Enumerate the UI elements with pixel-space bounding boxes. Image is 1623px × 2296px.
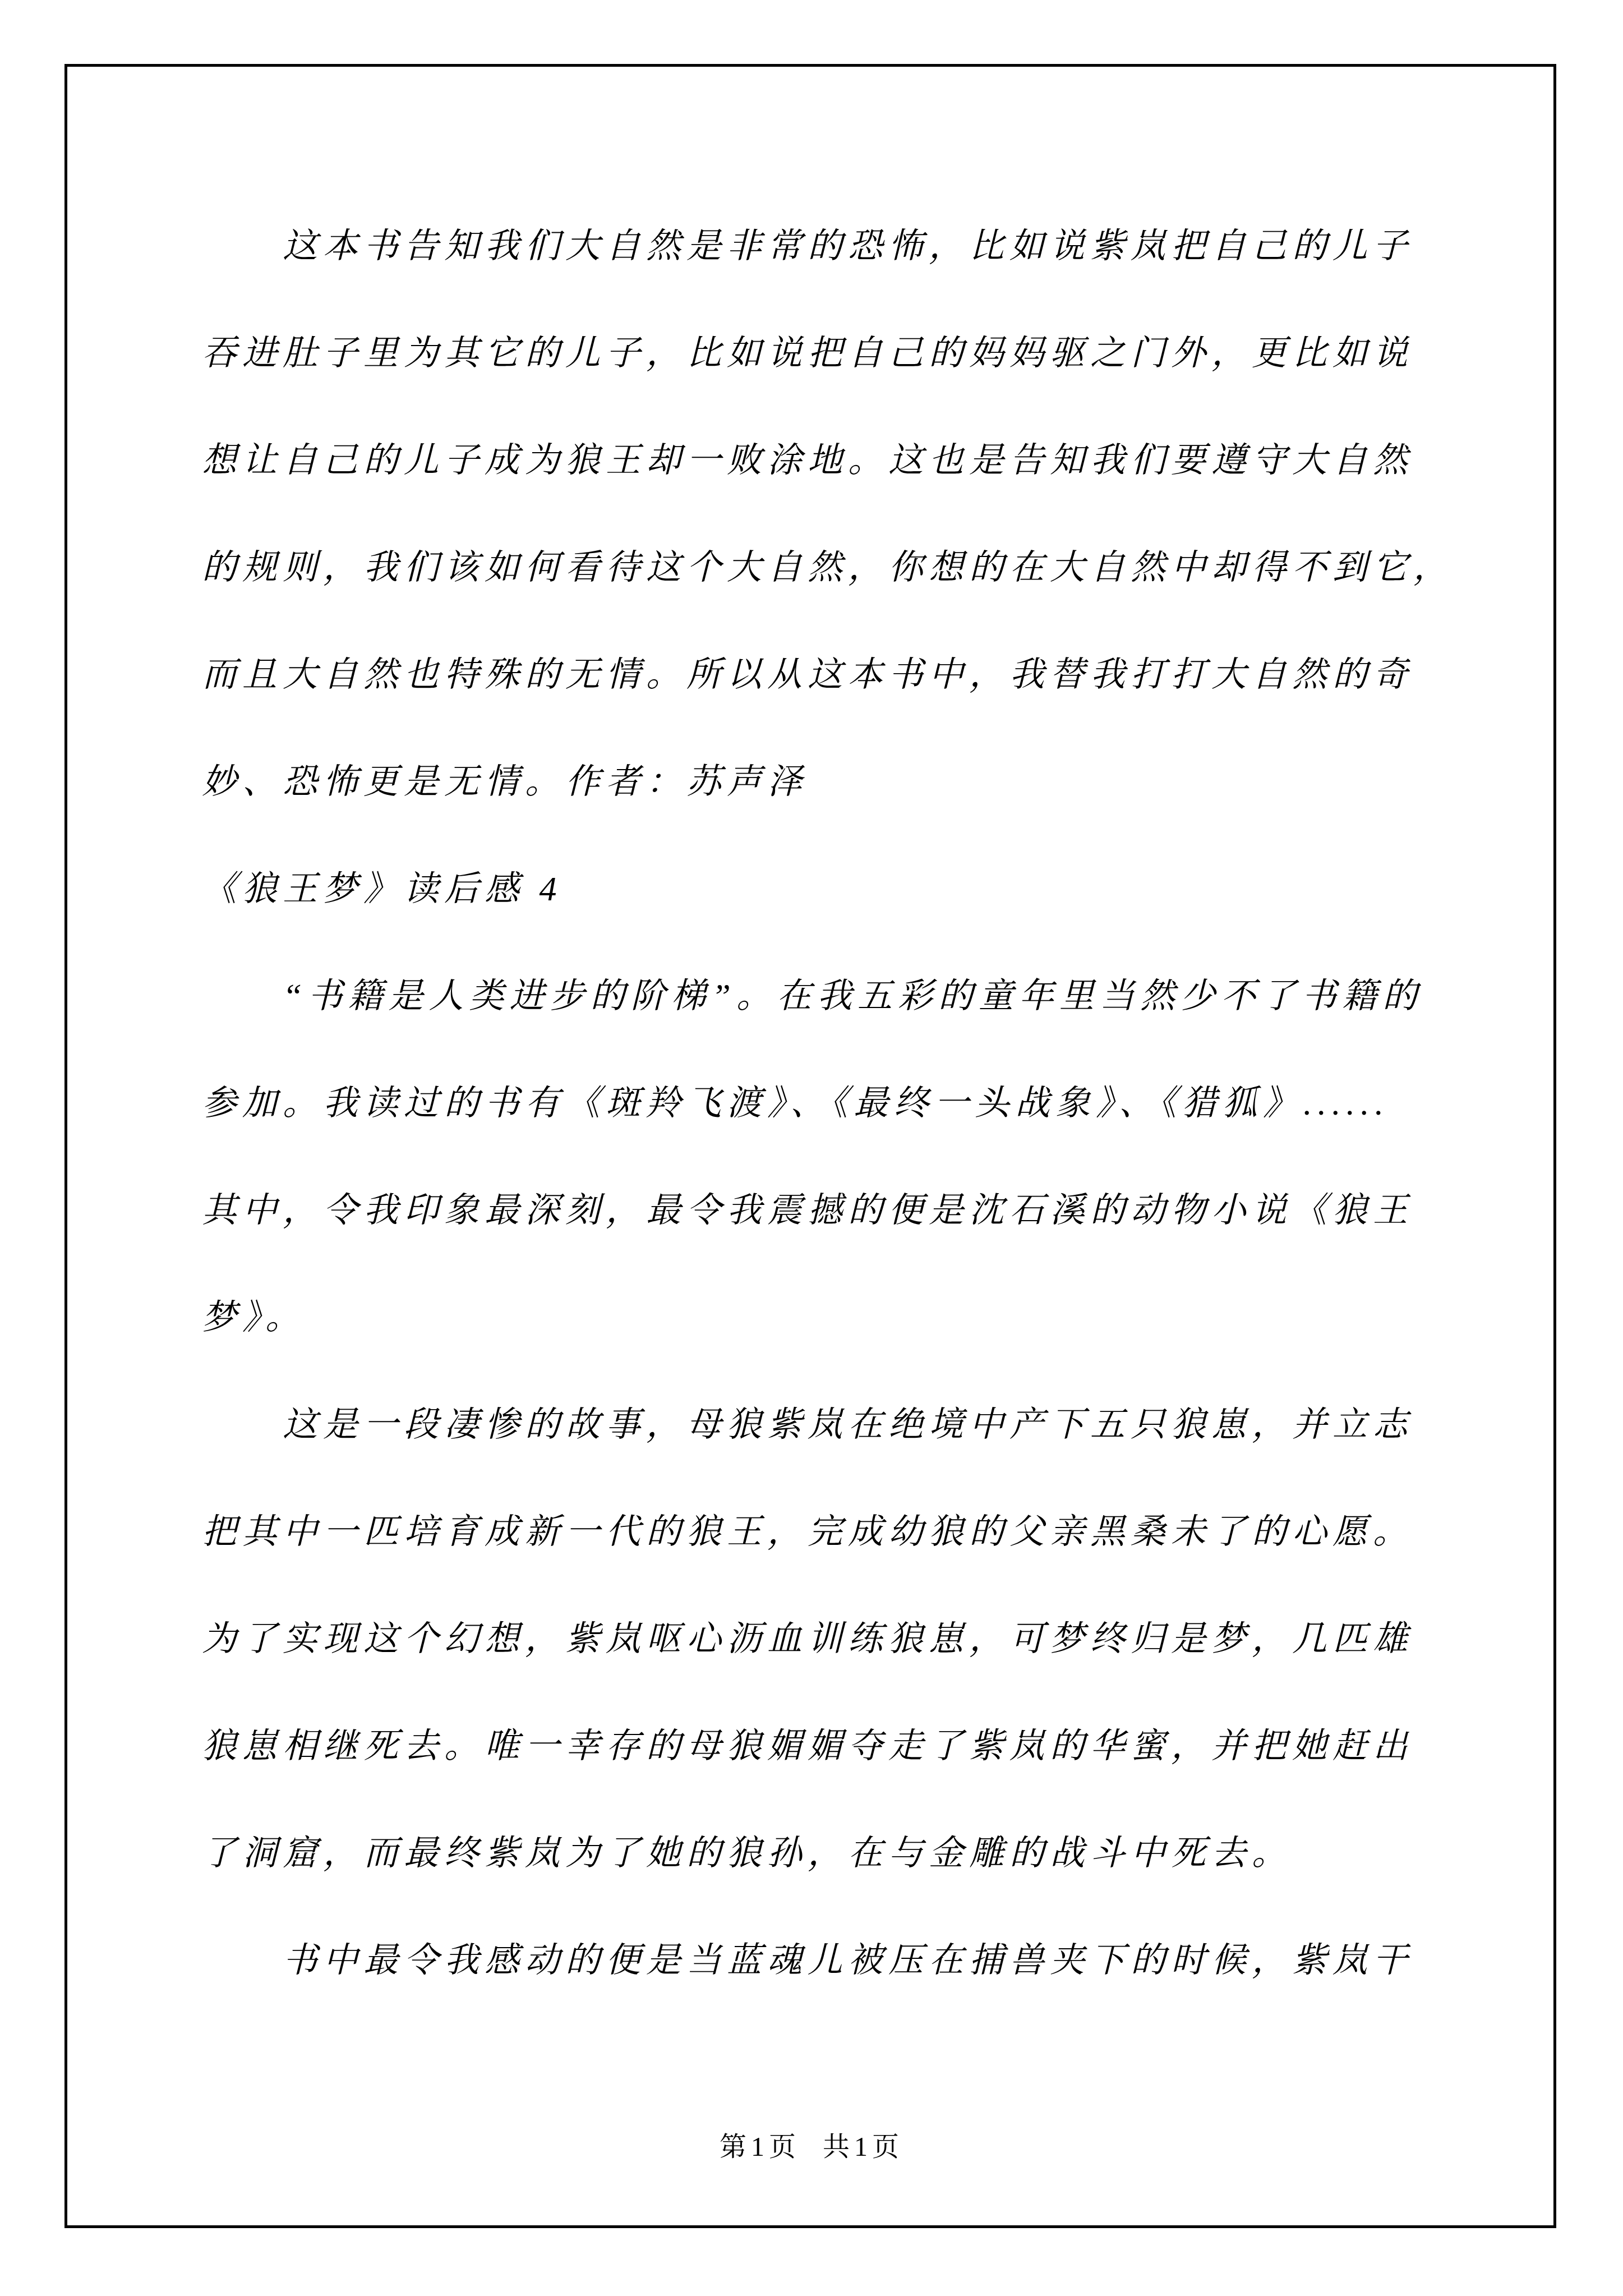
text-line: 这是一段凄惨的故事，母狼紫岚在绝境中产下五只狼崽，并立志 (202, 1403, 1424, 1510)
text-line: 其中，令我印象最深刻，最令我震撼的便是沈石溪的动物小说《狼王 (202, 1189, 1424, 1296)
text-line: 书中最令我感动的便是当蓝魂儿被压在捕兽夹下的时候，紫岚干 (202, 1939, 1424, 2046)
text-line: 吞进肚子里为其它的儿子，比如说把自己的妈妈驱之门外，更比如说 (202, 332, 1424, 439)
document-page: 这本书告知我们大自然是非常的恐怖，比如说紫岚把自己的儿子吞进肚子里为其它的儿子，… (0, 0, 1623, 2296)
text-line: 妙、恐怖更是无情。作者：苏声泽 (202, 760, 1424, 867)
text-line: 《狼王梦》读后感 4 (202, 867, 1424, 974)
text-line: 参加。我读过的书有《斑羚飞渡》、《最终一头战象》、《猎狐》...... (202, 1082, 1424, 1189)
text-line: 想让自己的儿子成为狼王却一败涂地。这也是告知我们要遵守大自然 (202, 439, 1424, 546)
text-line: 狼崽相继死去。唯一幸存的母狼媚媚夺走了紫岚的华蜜，并把她赶出 (202, 1724, 1424, 1832)
page-number-footer: 第1页 共1页 (0, 2125, 1623, 2164)
text-line: 为了实现这个幻想，紫岚呕心沥血训练狼崽，可梦终归是梦，几匹雄 (202, 1617, 1424, 1724)
text-line: 把其中一匹培育成新一代的狼王，完成幼狼的父亲黑桑未了的心愿。 (202, 1510, 1424, 1617)
text-line: “书籍是人类进步的阶梯”。在我五彩的童年里当然少不了书籍的 (202, 974, 1424, 1082)
text-line: 而且大自然也特殊的无情。所以从这本书中，我替我打打大自然的奇 (202, 653, 1424, 760)
text-line: 了洞窟，而最终紫岚为了她的狼孙，在与金雕的战斗中死去。 (202, 1832, 1424, 1939)
text-line: 梦》。 (202, 1296, 1424, 1403)
document-lines: 这本书告知我们大自然是非常的恐怖，比如说紫岚把自己的儿子吞进肚子里为其它的儿子，… (202, 224, 1424, 2046)
text-line: 的规则，我们该如何看待这个大自然，你想的在大自然中却得不到它， (202, 546, 1424, 653)
text-line: 这本书告知我们大自然是非常的恐怖，比如说紫岚把自己的儿子 (202, 224, 1424, 332)
